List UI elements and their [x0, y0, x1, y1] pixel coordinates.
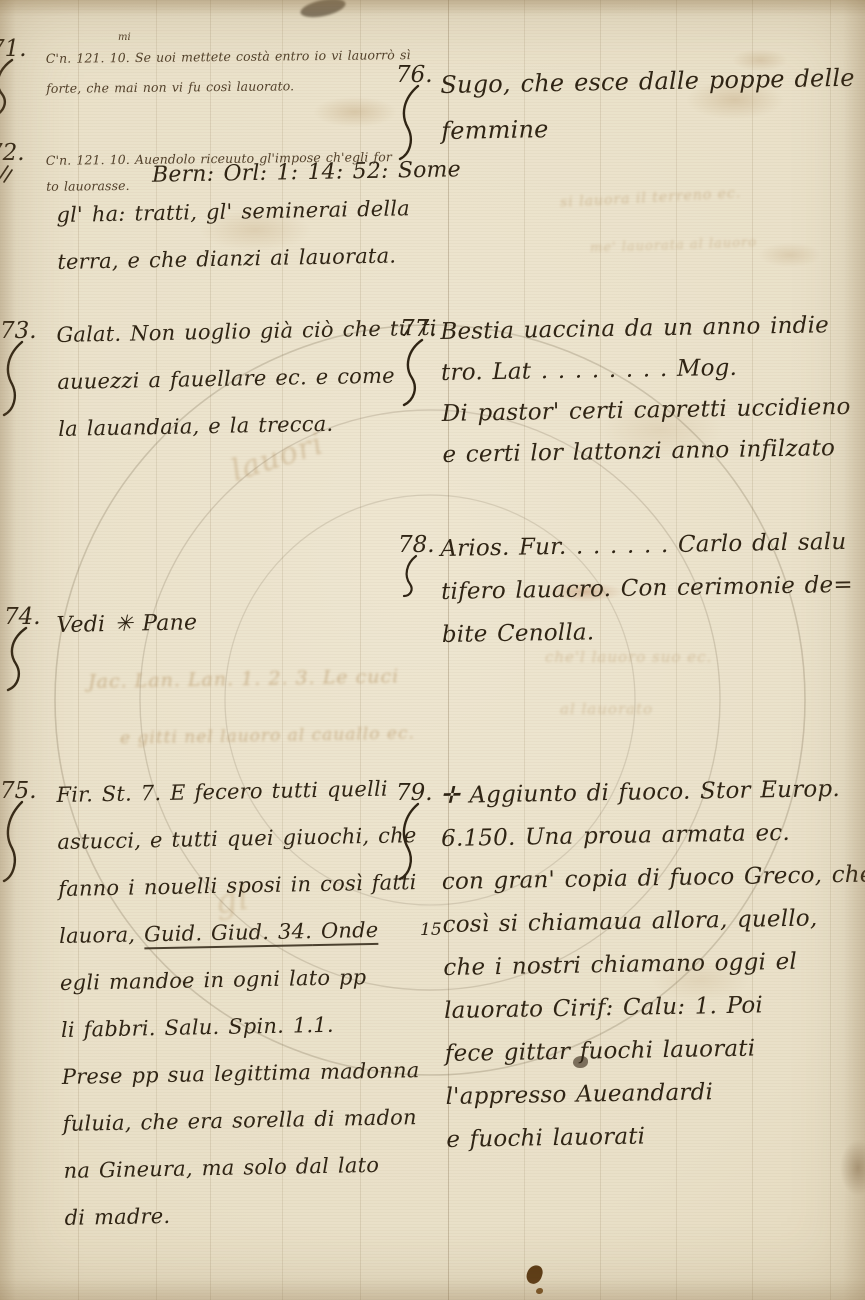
- entry-71-text: C'n. 121. 10. Se uoi mettete costà entro…: [46, 40, 411, 104]
- entry-74-text: Vedi ✳ Pane: [56, 599, 198, 649]
- entry-71-line: forte, che mai non vi fu così lauorato.: [46, 70, 411, 104]
- manuscript-page: Jac. Lan. Lan. 1. 2. 3. Le cuci e gitti …: [0, 0, 865, 1300]
- entry-number-label: 79.: [396, 780, 433, 806]
- underlined-citation: Guid. Giud. 34.: [144, 919, 313, 949]
- entry-79-line: con gran' copia di fuoco Greco, che: [442, 853, 865, 904]
- number-swash-flourish: [400, 554, 426, 598]
- entry-75-line: Fir. St. 7. E fecero tutti quelli: [56, 765, 416, 819]
- entry-79-line: fece gittar fuochi lauorati: [445, 1025, 865, 1076]
- entry-number-75: 75.: [0, 778, 37, 884]
- entry-79-text: ✛ Aggiunto di fuoco. Stor Europ. 6.150. …: [440, 767, 865, 1161]
- entry-number-label: 74.: [4, 604, 41, 630]
- entry-79-line: l'appresso Aueandardi: [445, 1068, 865, 1119]
- reference-pre: lauora,: [59, 922, 144, 948]
- entry-number-label: 72.: [0, 140, 25, 166]
- entry-79-line: che i nostri chiamano oggi el: [443, 939, 865, 990]
- number-tick-flourish: [0, 162, 16, 196]
- entry-73-line: auuezzi a fauellare ec. e come: [57, 352, 438, 406]
- superscript-annotation: mi: [118, 32, 131, 43]
- entry-77-line: tro. Lat . . . . . . . . Mog.: [441, 346, 850, 394]
- entry-75-line: astucci, e tutti quei giuochi, che: [57, 812, 417, 866]
- entry-75-reference-line: lauora, Guid. Giud. 34. Onde: [59, 906, 419, 960]
- entry-75-line: na Gineura, ma solo dal lato: [63, 1141, 423, 1195]
- ink-speck: [536, 1288, 543, 1294]
- entry-75-line: fuluia, che era sorella di madon: [62, 1094, 422, 1148]
- entry-number-72: 72.: [0, 140, 25, 196]
- entry-78-line: bite Cenolla.: [442, 607, 854, 657]
- number-swash-flourish: [398, 802, 428, 882]
- entry-number-77: 77.: [400, 316, 437, 408]
- entry-72-large-text: gl' ha: tratti, gl' seminerai della terr…: [56, 185, 411, 286]
- entry-number-76: 76.: [396, 62, 433, 162]
- entry-number-label: 76.: [396, 62, 433, 88]
- entry-77-line: e certi lor lattonzi anno infilzato: [442, 428, 851, 476]
- entry-number-79: 79.: [396, 780, 433, 882]
- number-swash-flourish: [2, 800, 32, 884]
- entry-75-line: li fabbri. Salu. Spin. 1.1.: [61, 1000, 421, 1054]
- number-swash-flourish: [398, 84, 428, 162]
- underlined-word: Onde: [312, 918, 379, 946]
- bleedthrough-text: e gitti nel lauoro al cauallo ec.: [120, 723, 415, 748]
- entry-72-line: gl' ha: tratti, gl' seminerai della: [56, 185, 410, 239]
- entry-75-line: Prese pp sua legittima madonna: [61, 1047, 421, 1101]
- entry-77-line: Di pastor' certi capretti uccidieno: [441, 387, 850, 435]
- entry-76-line: Sugo, che esce dalle poppe delle: [440, 55, 855, 108]
- entry-79-line: 6.150. Una proua armata ec.: [441, 810, 865, 861]
- entry-75-line: di madre.: [64, 1188, 424, 1242]
- entry-74-line: Vedi ✳ Pane: [56, 599, 198, 649]
- entry-73-text: Galat. Non uoglio già ciò che tu ti auue…: [56, 305, 439, 453]
- entry-78-line: Arios. Fur. . . . . . . Carlo dal salu: [440, 521, 852, 571]
- entry-number-label: 71.: [0, 36, 27, 62]
- entry-77-line: Bestia uaccina da un anno indie: [440, 305, 849, 353]
- entry-79-line: così si chiamaua allora, quello,: [442, 896, 865, 947]
- entry-75-line: egli mandoe in ogni lato pp: [60, 953, 420, 1007]
- number-swash-flourish: [0, 58, 22, 118]
- entry-76-text: Sugo, che esce dalle poppe delle femmine: [440, 55, 856, 154]
- ink-blot: [524, 1263, 544, 1286]
- number-swash-flourish: [2, 340, 32, 418]
- bleedthrough-text: Jac. Lan. Lan. 1. 2. 3. Le cuci: [88, 665, 400, 692]
- entry-79-line: e fuochi lauorati: [446, 1111, 865, 1162]
- entry-78-line: tifero lauacro. Con cerimonie de=: [441, 564, 853, 614]
- entry-73-line: la lauandaia, e la trecca.: [58, 399, 439, 453]
- entry-number-label: 78.: [398, 532, 435, 558]
- entry-number-71: 71.: [0, 36, 27, 118]
- entry-number-74: 74.: [4, 604, 41, 692]
- gutter-number-note: 15: [420, 920, 442, 940]
- number-swash-flourish: [402, 338, 432, 408]
- entry-number-label: 77.: [400, 316, 437, 342]
- bleedthrough-text: al lauorato: [560, 700, 653, 718]
- entry-number-label: 73.: [0, 318, 37, 344]
- bleedthrough-text: si lauora il terreno ec.: [560, 185, 742, 210]
- entry-77-text: Bestia uaccina da un anno indie tro. Lat…: [440, 305, 852, 476]
- ink-smear: [299, 0, 347, 21]
- number-swash-flourish: [6, 626, 36, 692]
- entry-number-78: 78.: [398, 532, 435, 598]
- entry-73-line: Galat. Non uoglio già ciò che tu ti: [56, 305, 437, 359]
- bleedthrough-text: me' lauorata al lauoro: [590, 235, 758, 256]
- entry-76-line: femmine: [441, 101, 856, 154]
- entry-71-line: C'n. 121. 10. Se uoi mettete costà entro…: [46, 40, 411, 74]
- entry-79-line: ✛ Aggiunto di fuoco. Stor Europ.: [440, 767, 865, 818]
- entry-75-line: fanno i nouelli sposi in così fatti: [58, 859, 418, 913]
- entry-number-73: 73.: [0, 318, 37, 418]
- entry-78-text: Arios. Fur. . . . . . . Carlo dal salu t…: [440, 521, 854, 657]
- entry-79-line: lauorato Cirif: Calu: 1. Poi: [444, 982, 865, 1033]
- entry-72-line: terra, e che dianzi ai lauorata.: [57, 232, 411, 286]
- entry-number-label: 75.: [0, 778, 37, 804]
- entry-75-text: Fir. St. 7. E fecero tutti quelli astucc…: [56, 765, 424, 1242]
